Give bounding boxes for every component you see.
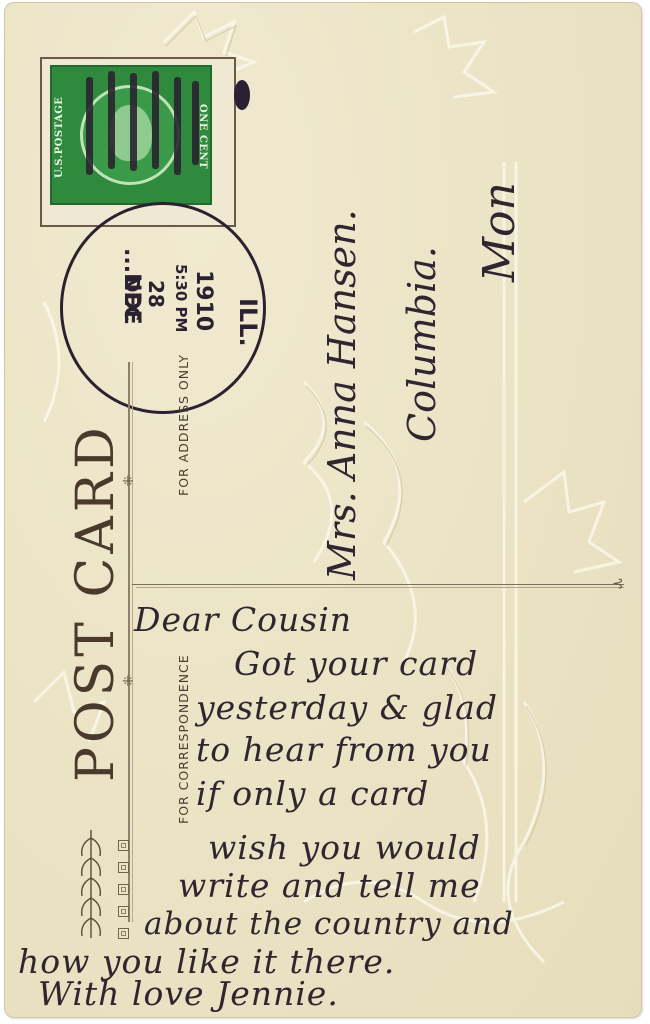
post-card-title: POST CARD [66, 423, 126, 782]
message-line: Dear Cousin [134, 600, 352, 639]
postmark-state: ILL. [234, 298, 262, 347]
divider-horizontal [132, 584, 624, 585]
message-line: write and tell me [178, 866, 481, 905]
address-line-city: Columbia. [400, 246, 444, 442]
message-line: to hear from you [196, 730, 492, 769]
postmark-time: 5:30 PM [171, 264, 190, 332]
cancellation-bar [152, 71, 159, 169]
cancellation-bar [174, 77, 181, 175]
cancellation-bar [130, 73, 137, 171]
postmark-day: 28 [144, 280, 168, 308]
cancellation-bar [108, 71, 115, 169]
divider-vertical [128, 362, 130, 922]
divider-vertical-shadow [132, 362, 133, 922]
postmark-year: 1910 [191, 270, 216, 331]
cancellation-bar [86, 77, 93, 175]
address-line-name: Mrs. Anna Hansen. [320, 209, 364, 580]
address-line-state: Mon [474, 182, 525, 282]
divider-horizontal-shadow [136, 587, 624, 588]
message-line: Got your card [234, 644, 478, 683]
stamp-left-text: U.S.POSTAGE [54, 75, 74, 199]
message-line: yesterday & glad [196, 688, 498, 727]
divider-ornament-icon: ⊰ [612, 576, 624, 592]
for-address-label: FOR ADDRESS ONLY [176, 354, 191, 496]
postcard: U.S.POSTAGE ONE CENT ...NDE DEC 28 5:30 … [4, 2, 642, 1018]
message-signoff: With love Jennie. [38, 974, 339, 1013]
stamp-face: U.S.POSTAGE ONE CENT [50, 65, 212, 205]
cancellation-bar [192, 81, 199, 165]
laurel-ornament-icon [78, 828, 104, 940]
message-line: about the country and [144, 906, 514, 942]
stamp-box-ornament [118, 840, 129, 950]
message-line: if only a card [196, 774, 429, 813]
postmark-month: DEC [120, 276, 144, 321]
ink-blot-mark [234, 80, 250, 110]
message-line: wish you would [208, 828, 481, 867]
for-correspondence-label: FOR CORRESPONDENCE [176, 654, 191, 824]
postage-stamp: U.S.POSTAGE ONE CENT [40, 57, 236, 227]
